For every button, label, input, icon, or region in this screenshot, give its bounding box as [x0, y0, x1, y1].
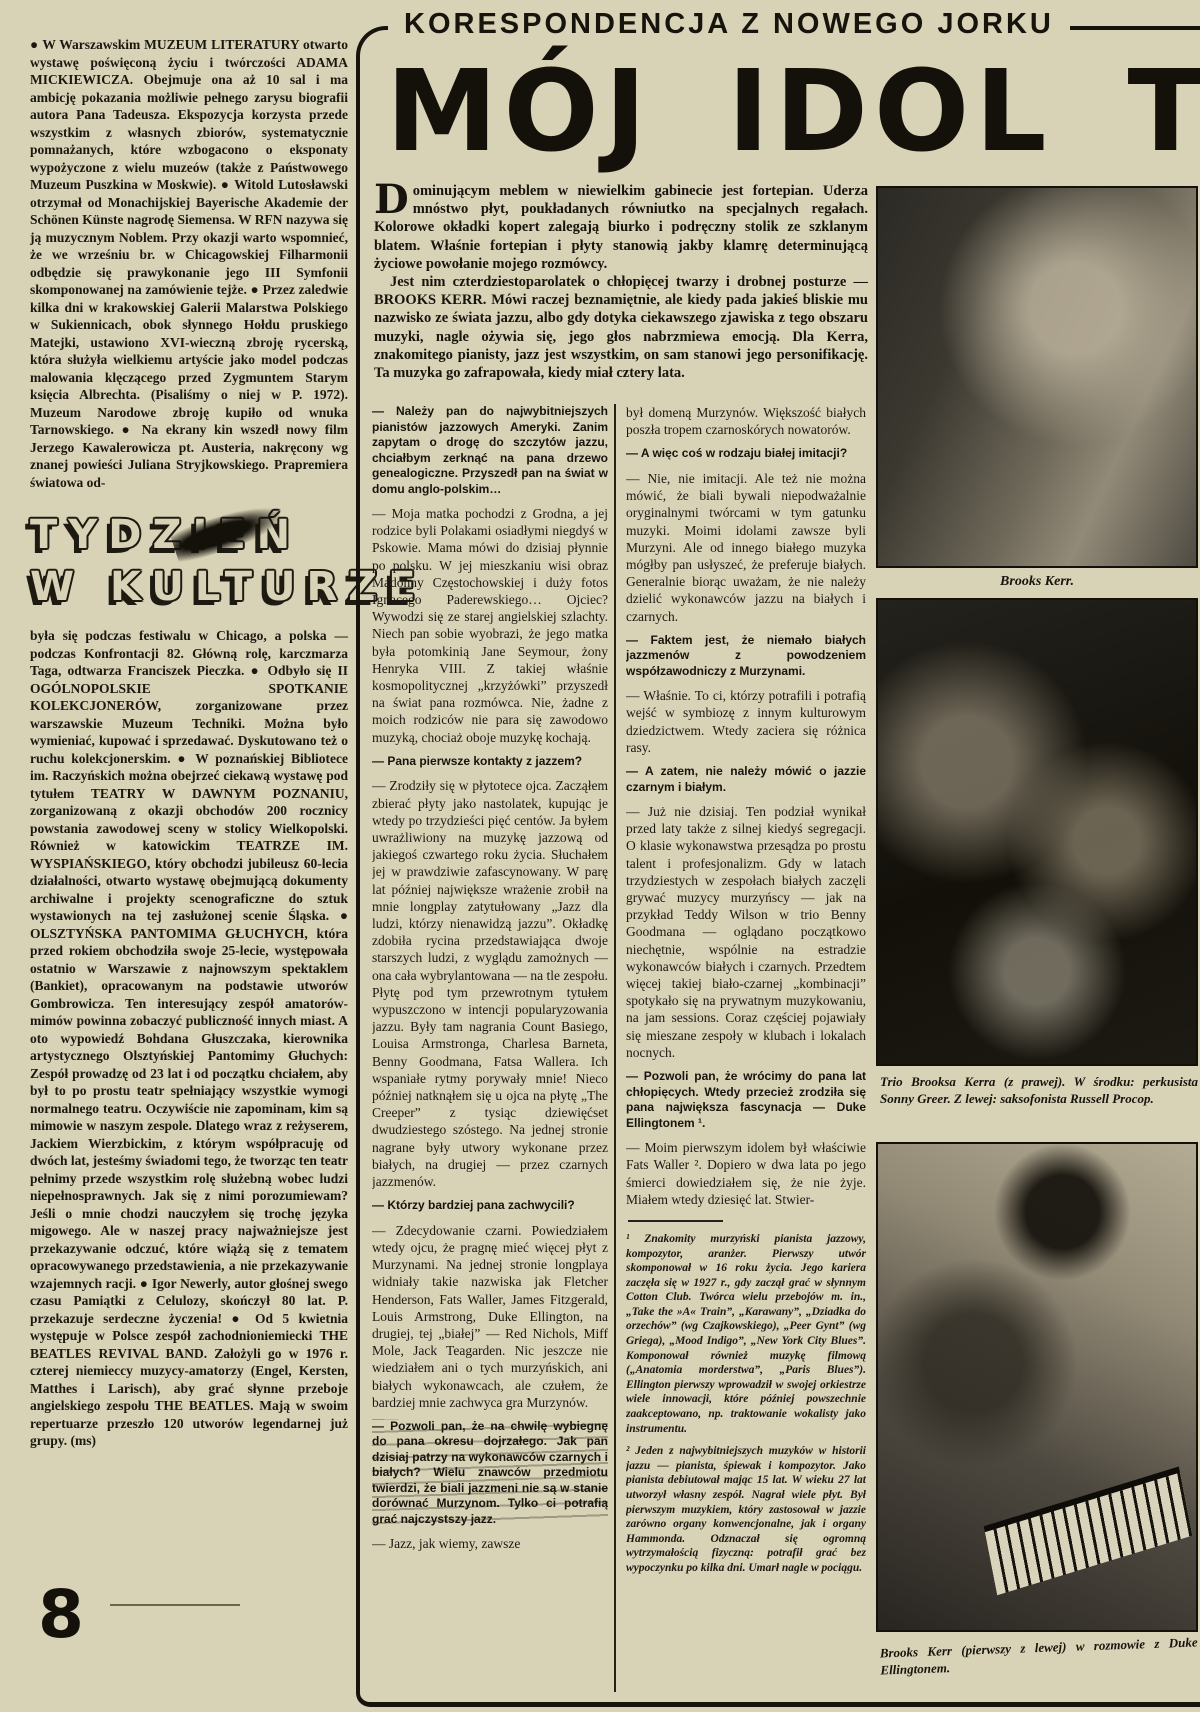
piano-keyboard [984, 1467, 1192, 1596]
drop-cap: D [374, 182, 413, 216]
interview-answer: — Właśnie. To ci, którzy potrafili i pot… [626, 687, 866, 756]
interview-question: — Pana pierwsze kontakty z jazzem? [372, 754, 608, 770]
article-kicker: KORESPONDENCJA Z NOWEGO JORKU [388, 8, 1070, 41]
interview-answer-continued: był domeną Murzynów. Większość białych p… [626, 404, 866, 438]
interview-question: — A więc coś w rodzaju białej imitacji? [626, 446, 866, 462]
interview-question-smudged: — Pozwoli pan, że na chwilę wybiegnę do … [372, 1419, 608, 1528]
footnote-separator [628, 1220, 723, 1222]
newspaper-page: { "page": { "number": "8" }, "left_colum… [0, 0, 1200, 1712]
interview-answer: — Już nie dzisiaj. Ten podział wynikał p… [626, 803, 866, 1061]
column-divider [614, 404, 616, 1692]
section-header-line2: W KULTURZE [30, 561, 348, 613]
intro-paragraph-1: Dominującym meblem w niewielkim gabineci… [374, 182, 868, 273]
photo-caption-1: Brooks Kerr. [876, 574, 1198, 590]
article-title: MÓJ IDOL TO [386, 56, 1200, 168]
news-block-2: była się podczas festiwalu w Chicago, a … [30, 627, 348, 1450]
page-number: 8 [38, 1576, 84, 1653]
interview-question: — Należy pan do najwybitniejszych pianis… [372, 404, 608, 497]
intro-paragraph-2: Jest nim czterdziestoparolatek o chłopię… [374, 273, 868, 382]
article-intro: Dominującym meblem w niewielkim gabineci… [374, 182, 868, 382]
news-block-1: ● W Warszawskim MUZEUM LITERATURY otwart… [30, 36, 348, 491]
interview-question: — A zatem, nie należy mówić o jazzie cza… [626, 764, 866, 795]
photo-brooks-kerr-portrait [876, 186, 1198, 568]
photo-caption-2: Trio Brooksa Kerra (z prawej). W środku:… [880, 1074, 1198, 1107]
interview-answer: — Moim pierwszym idolem był właściwie Fa… [626, 1139, 866, 1208]
interview-answer: — Nie, nie imitacji. Ale też nie można m… [626, 470, 866, 625]
photo-kerr-with-ellington [876, 1142, 1198, 1632]
footnote-2: ² Jeden z najwybitniejszych muzyków w hi… [626, 1444, 866, 1575]
interview-question: — Pozwoli pan, że wrócimy do pana lat ch… [626, 1069, 866, 1131]
interview-answer: — Zdecydowanie czarni. Powiedziałem wted… [372, 1222, 608, 1411]
interview-answer: — Jazz, jak wiemy, zawsze [372, 1535, 608, 1552]
interview-column-2: był domeną Murzynów. Większość białych p… [626, 404, 866, 1692]
interview-answer: — Zrodziły się w płytotece ojca. Zacząłe… [372, 777, 608, 1190]
photo-trio [876, 598, 1198, 1066]
news-column: ● W Warszawskim MUZEUM LITERATURY otwart… [30, 36, 348, 1450]
interview-question: — Którzy bardziej pana zachwycili? [372, 1198, 608, 1214]
interview-question: — Faktem jest, że niemało białych jazzme… [626, 633, 866, 680]
page-number-rule [110, 1604, 240, 1606]
interview-answer: — Moja matka pochodzi z Grodna, a jej ro… [372, 505, 608, 746]
footnote-1: ¹ Znakomity murzyński pianista jazzowy, … [626, 1232, 866, 1436]
interview-column-1: — Należy pan do najwybitniejszych pianis… [372, 404, 608, 1692]
